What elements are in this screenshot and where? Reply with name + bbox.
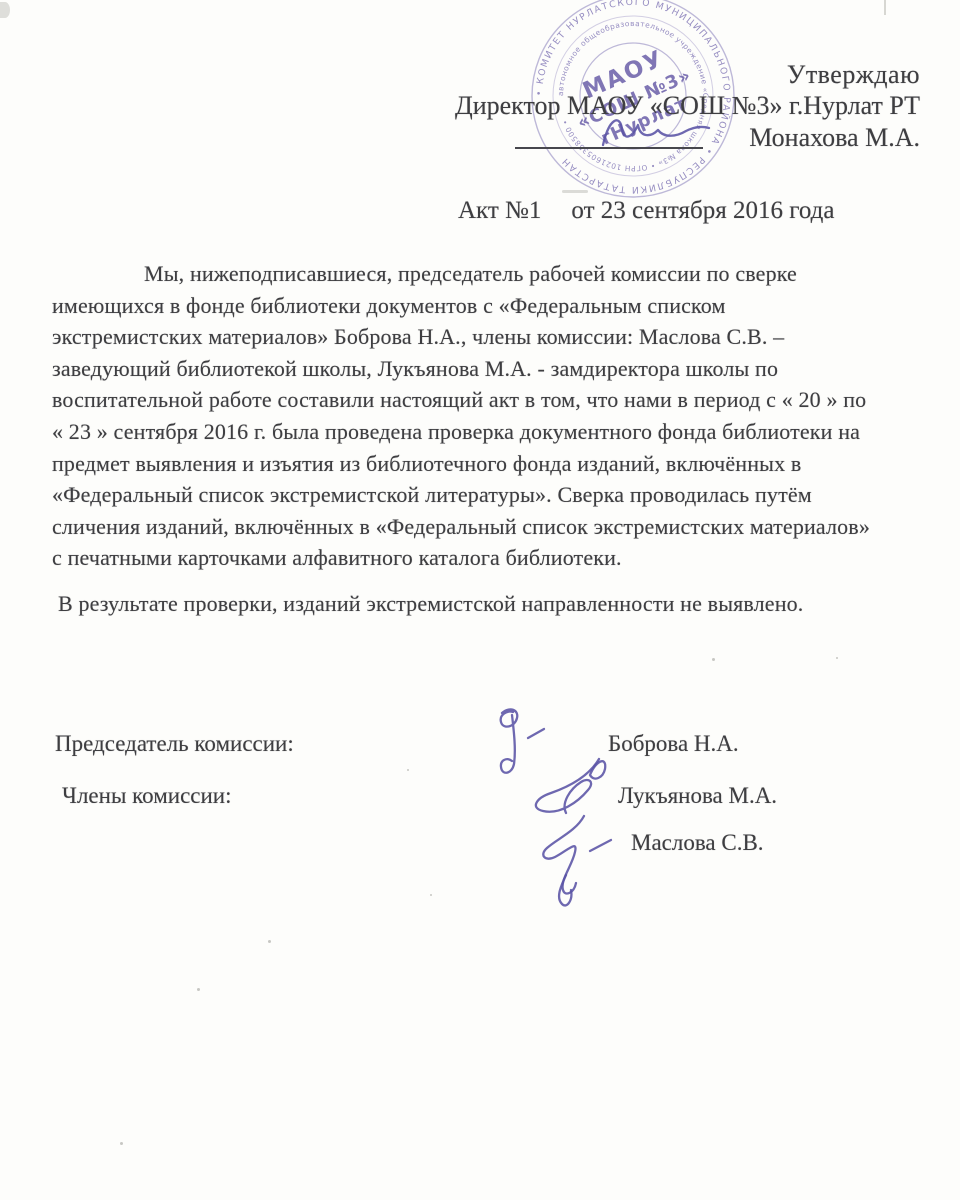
director-title-line: Директор МАОУ «СОШ №3» г.Нурлат РТ xyxy=(455,91,920,121)
maslova-signature-tail xyxy=(559,875,571,905)
bobrova-signature xyxy=(501,709,518,772)
chair-name: Боброва Н.А. xyxy=(608,731,739,757)
director-name: Монахова М.А. xyxy=(749,123,920,152)
scan-speck xyxy=(268,940,271,943)
approve-word: Утверждаю xyxy=(455,60,920,90)
maslova-signature xyxy=(543,816,584,894)
scan-corner-artifact xyxy=(0,2,10,18)
act-title: Акт №1от 23 сентября 2016 года xyxy=(458,197,834,225)
scan-speck xyxy=(712,658,715,661)
scan-smudge xyxy=(562,190,588,193)
scan-speck xyxy=(197,988,200,991)
signature-blank-line xyxy=(515,147,703,149)
maslova-signature-dash xyxy=(590,840,611,851)
chair-label: Председатель комиссии: xyxy=(55,731,294,757)
inspection-result-line: В результате проверки, изданий экстремис… xyxy=(58,591,938,617)
lukyanova-signature-loop xyxy=(590,761,605,778)
bobrova-signature-dash xyxy=(528,729,544,738)
scan-speck xyxy=(120,1142,123,1145)
act-number: Акт №1 xyxy=(458,197,541,224)
lukyanova-signature xyxy=(536,759,599,813)
scan-speck xyxy=(836,657,838,659)
approval-block: Утверждаю Директор МАОУ «СОШ №3» г.Нурла… xyxy=(455,60,920,153)
scanned-document-page: • КОМИТЕТ НУРЛАТСКОГО МУНИЦИПАЛЬНОГО РАЙ… xyxy=(0,0,960,1200)
member2-name: Маслова С.В. xyxy=(631,830,764,856)
director-signature-row: Монахова М.А. xyxy=(455,123,920,153)
act-date: от 23 сентября 2016 года xyxy=(571,197,834,224)
act-body-paragraph: Мы, нижеподписавшиеся, председатель рабо… xyxy=(52,258,952,574)
scan-speck xyxy=(407,769,409,771)
scan-speck xyxy=(430,894,432,896)
member1-name: Лукъянова М.А. xyxy=(618,783,777,809)
members-label: Члены комиссии: xyxy=(62,783,232,809)
scan-line-artifact xyxy=(884,0,886,15)
